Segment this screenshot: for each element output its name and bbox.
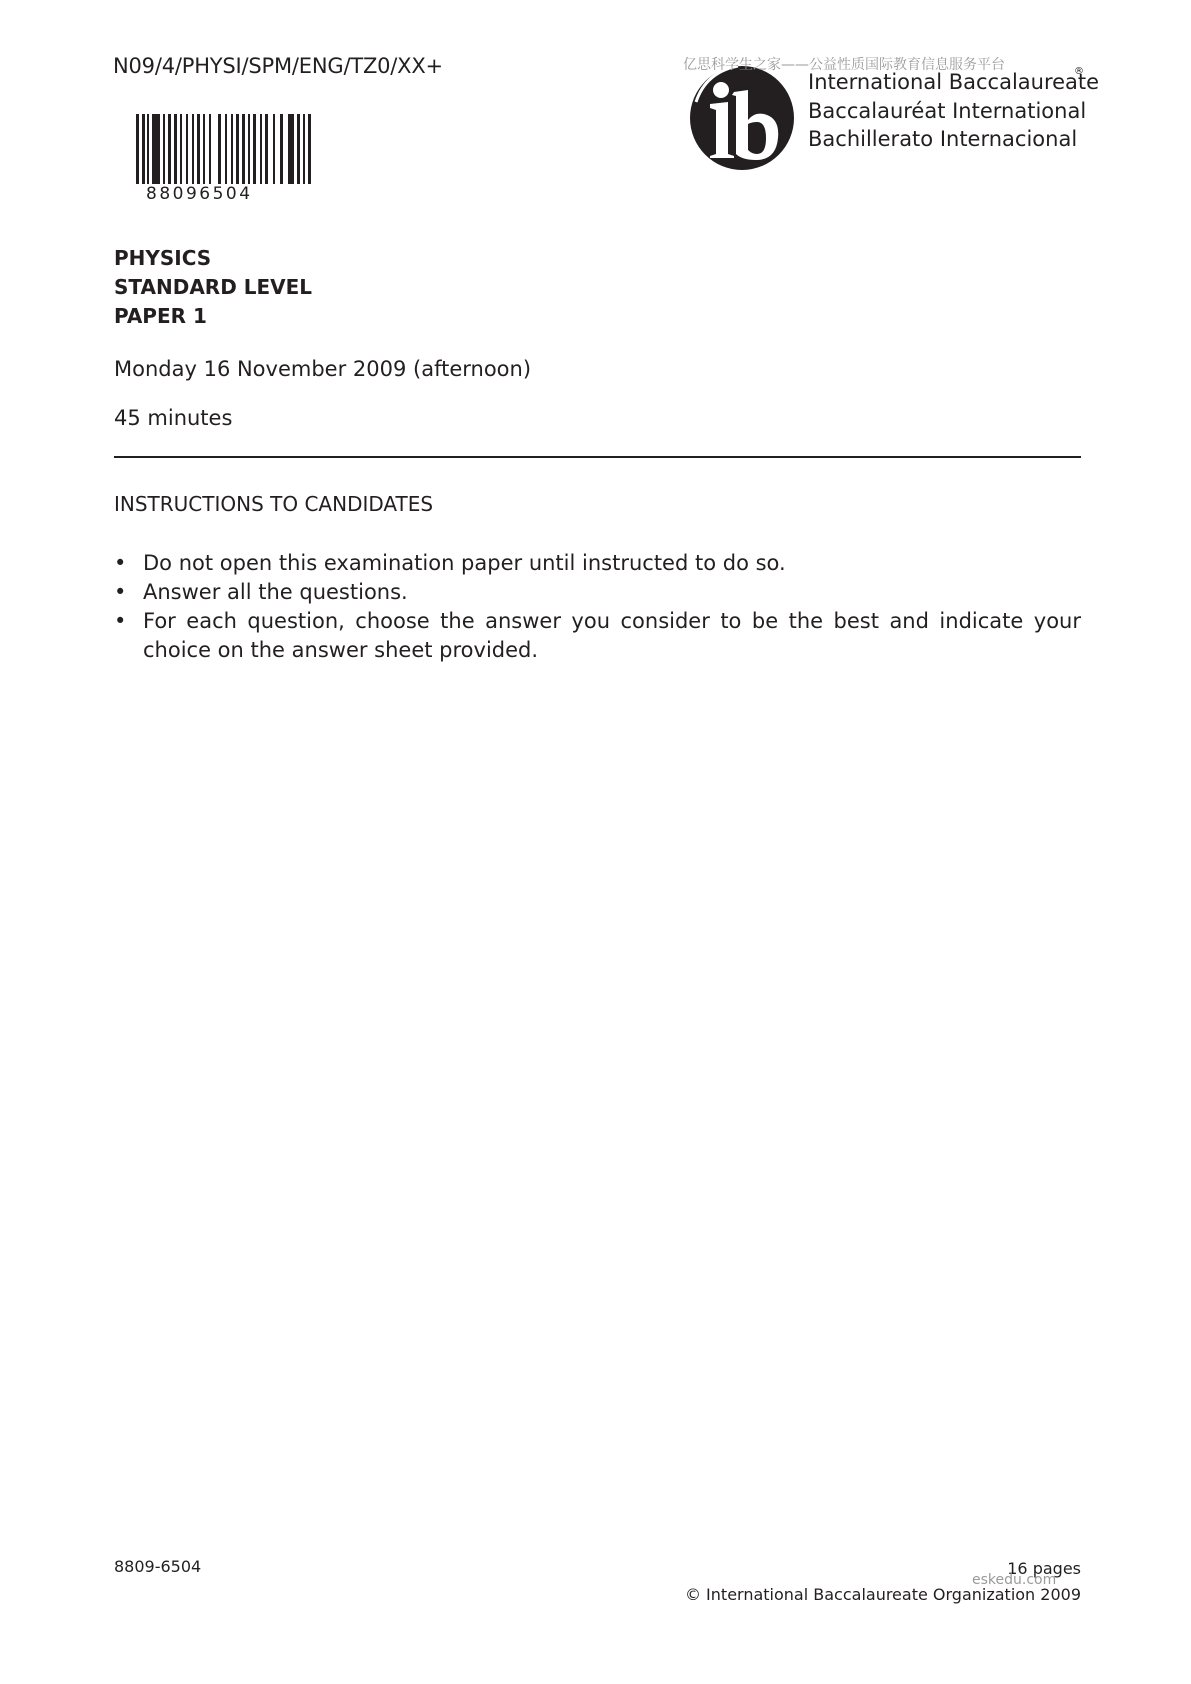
org-name-english: International Baccalaureate <box>808 68 1099 97</box>
exam-duration: 45 minutes <box>114 406 232 430</box>
exam-date: Monday 16 November 2009 (afternoon) <box>114 357 531 381</box>
bullet-icon: • <box>114 578 126 607</box>
footer-watermark: eskedu.com <box>972 1572 1056 1588</box>
bullet-icon: • <box>114 607 126 636</box>
document-number: 8809-6504 <box>114 1557 201 1576</box>
instructions-list: • Do not open this examination paper unt… <box>114 549 1081 665</box>
instruction-item: • For each question, choose the answer y… <box>114 607 1081 665</box>
paper-number: PAPER 1 <box>114 302 312 331</box>
subject-name: PHYSICS <box>114 244 312 273</box>
org-name-french: Baccalauréat International <box>808 97 1099 126</box>
registered-mark: ® <box>1074 66 1084 77</box>
exam-title: PHYSICS STANDARD LEVEL PAPER 1 <box>114 244 312 331</box>
org-name-spanish: Bachillerato Internacional <box>808 125 1099 154</box>
instruction-text: Do not open this examination paper until… <box>143 551 786 575</box>
paper-code: N09/4/PHYSI/SPM/ENG/TZ0/XX+ <box>113 54 443 78</box>
instruction-item: • Answer all the questions. <box>114 578 1081 607</box>
bullet-icon: • <box>114 549 126 578</box>
instruction-item: • Do not open this examination paper unt… <box>114 549 1081 578</box>
barcode-number: 88096504 <box>146 184 253 204</box>
divider <box>114 456 1081 458</box>
instructions-heading: INSTRUCTIONS TO CANDIDATES <box>114 492 433 516</box>
subject-level: STANDARD LEVEL <box>114 273 312 302</box>
instruction-text: For each question, choose the answer you… <box>143 609 1081 662</box>
organization-names: International Baccalaureate Baccalauréat… <box>808 68 1099 154</box>
barcode-icon <box>136 114 316 184</box>
instruction-text: Answer all the questions. <box>143 580 408 604</box>
ib-logo-icon <box>686 62 794 170</box>
